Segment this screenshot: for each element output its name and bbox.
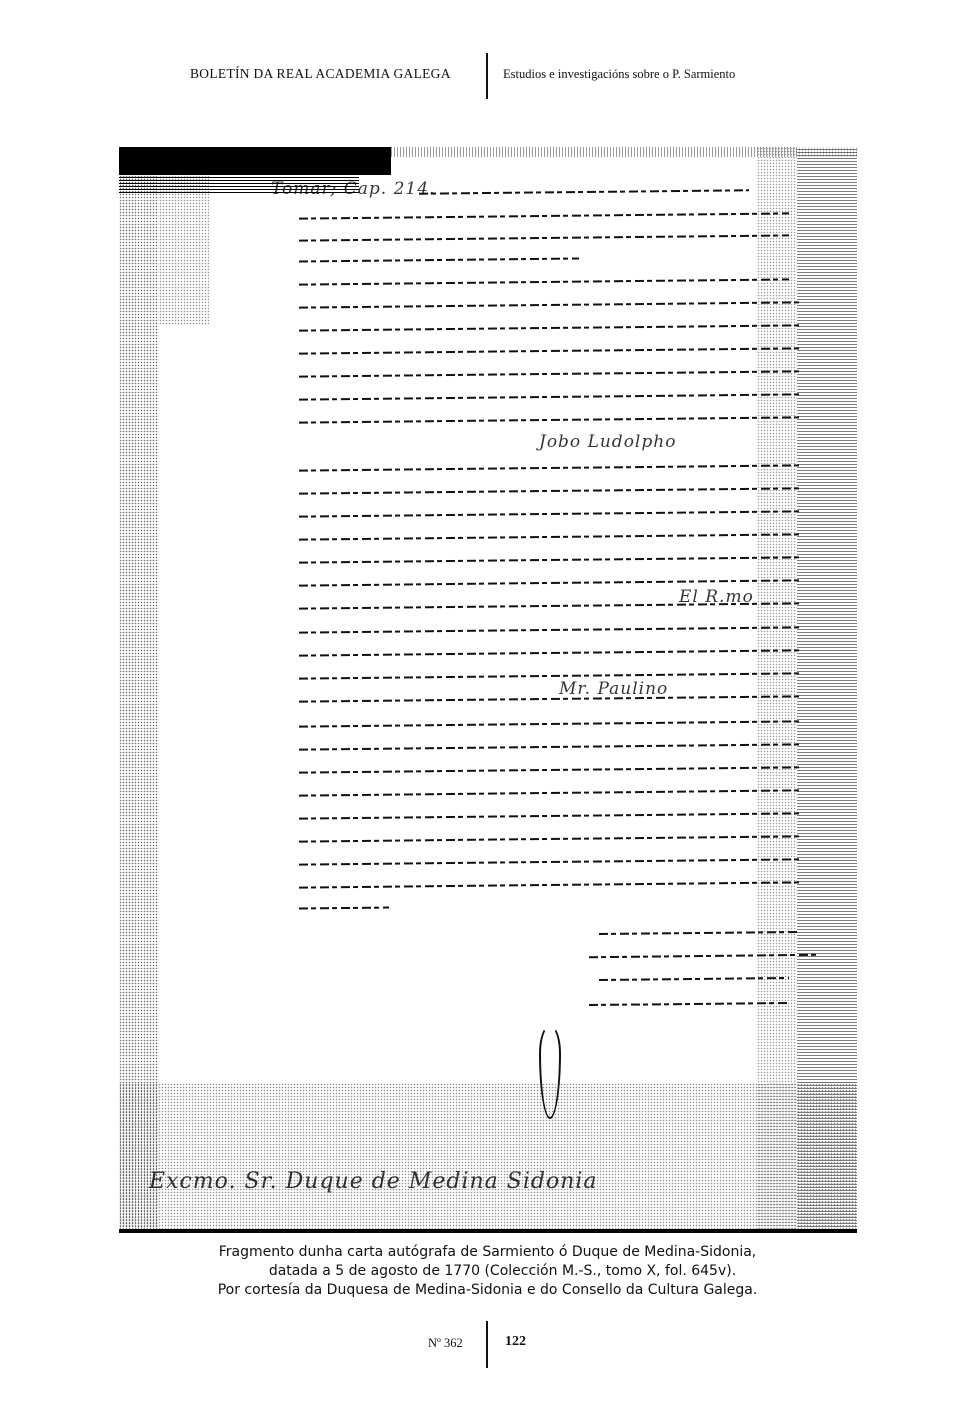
page-number: 122 [505, 1334, 526, 1350]
handwriting-line [299, 510, 799, 517]
handwriting-line [299, 858, 799, 865]
manuscript-heading: Tomar; Cap. 214. [271, 179, 435, 199]
scan-right-border [797, 147, 857, 1233]
handwriting-line [299, 812, 799, 819]
handwriting-line [299, 258, 579, 263]
handwriting-line [299, 695, 799, 702]
handwriting-line [299, 672, 799, 679]
handwriting-line [299, 370, 799, 377]
handwriting-line [299, 416, 799, 423]
handwriting-line [299, 835, 799, 842]
handwriting-line [299, 212, 789, 219]
section-title: Estudios e investigacións sobre o P. Sar… [503, 67, 735, 82]
handwriting-line [299, 464, 799, 471]
scan-right-shadow [757, 147, 797, 1233]
scan-bottom-shadow [119, 1083, 857, 1233]
scan-dark-band [119, 147, 391, 175]
handwriting-line [299, 907, 389, 910]
handwriting-line [299, 324, 799, 331]
handwriting-line [299, 720, 799, 727]
journal-title: BOLETÍN DA REAL ACADEMIA GALEGA [190, 66, 472, 82]
footer-divider [486, 1321, 488, 1368]
caption-line-1: Fragmento dunha carta autógrafa de Sarmi… [0, 1243, 975, 1262]
manuscript-name-ludolpho: Jobo Ludolpho [539, 432, 676, 452]
handwriting-line [299, 881, 799, 888]
handwriting-line [299, 347, 799, 354]
scan-left-shadow [159, 175, 209, 325]
handwriting-line [299, 743, 799, 750]
handwriting-line [299, 649, 799, 656]
handwriting-line [299, 579, 799, 586]
handwriting-line [299, 533, 799, 540]
handwriting-line [299, 626, 799, 633]
manuscript-addressee: Excmo. Sr. Duque de Medina Sidonia [149, 1169, 598, 1194]
handwriting-line [299, 393, 799, 400]
handwriting-line [419, 189, 749, 194]
header-divider [486, 53, 488, 99]
manuscript-el-rmo: El R.mo [679, 587, 754, 607]
handwriting-line [299, 301, 799, 308]
handwriting-line [299, 766, 799, 773]
handwriting-line [299, 278, 789, 285]
caption-line-2: datada a 5 de agosto de 1770 (Colección … [0, 1262, 975, 1281]
handwriting-line [299, 234, 789, 241]
handwriting-line [299, 487, 799, 494]
figure-caption: Fragmento dunha carta autógrafa de Sarmi… [0, 1243, 975, 1300]
manuscript-mr-paulino: Mr. Paulino [559, 679, 668, 699]
scan-left-border [119, 175, 159, 1233]
handwriting-line [299, 556, 799, 563]
issue-number: Nº 362 [428, 1336, 463, 1351]
handwriting-line [299, 789, 799, 796]
caption-line-3: Por cortesía da Duquesa de Medina-Sidoni… [0, 1281, 975, 1300]
scan-bottom-edge [119, 1229, 857, 1233]
manuscript-scan-image: Tomar; Cap. 214. Jobo Ludolpho El R.mo M… [119, 147, 857, 1233]
